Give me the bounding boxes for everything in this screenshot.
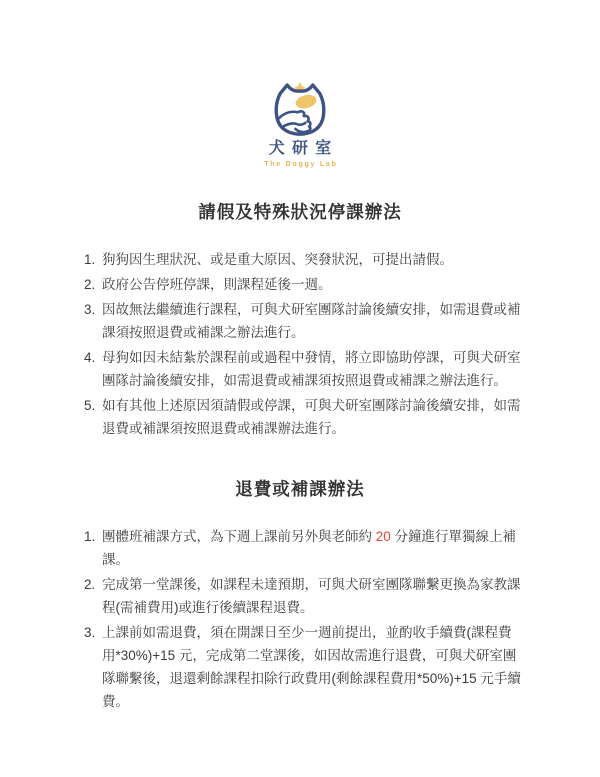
item-number: 2. xyxy=(84,573,99,619)
item-text: 母狗如因未結紮於課程前或過程中發情，將立即協助停課，可與犬研室團隊討論後續安排，… xyxy=(102,346,522,392)
logo: 犬研室 The Doggy Lab xyxy=(0,0,600,169)
item-text: 團體班補課方式，為下週上課前另外與老師約 20 分鐘進行單獨線上補課。 xyxy=(102,525,522,571)
list-item: 3. 上課前如需退費，須在開課日至少一週前提出，並酌收手續費(課程費用*30%)… xyxy=(84,621,522,713)
list-item: 2. 政府公告停班停課，則課程延後一週。 xyxy=(84,273,522,296)
list-item: 1. 團體班補課方式，為下週上課前另外與老師約 20 分鐘進行單獨線上補課。 xyxy=(84,525,522,571)
list-item: 5. 如有其他上述原因須請假或停課，可與犬研室團隊討論後續安排，如需退費或補課須… xyxy=(84,394,522,440)
list-item: 3. 因故無法繼續進行課程，可與犬研室團隊討論後續安排，如需退費或補課須按照退費… xyxy=(84,298,522,344)
refund-policy-list: 1. 團體班補課方式，為下週上課前另外與老師約 20 分鐘進行單獨線上補課。 2… xyxy=(84,525,522,713)
item-text: 上課前如需退費，須在開課日至少一週前提出，並酌收手續費(課程費用*30%)+15… xyxy=(102,621,522,713)
item-number: 2. xyxy=(84,273,99,296)
highlighted-minutes-value: 20 xyxy=(376,529,391,544)
leave-policy-title: 請假及特殊狀況停課辦法 xyxy=(0,199,600,224)
item-number: 3. xyxy=(84,621,99,713)
item-text: 狗狗因生理狀況、或是重大原因、突發狀況，可提出請假。 xyxy=(102,248,522,271)
item-text: 完成第一堂課後，如課程未達預期，可與犬研室團隊聯繫更換為家教課程(需補費用)或進… xyxy=(102,573,522,619)
item-text: 因故無法繼續進行課程，可與犬研室團隊討論後續安排，如需退費或補課須按照退費或補課… xyxy=(102,298,522,344)
list-item: 1. 狗狗因生理狀況、或是重大原因、突發狀況，可提出請假。 xyxy=(84,248,522,271)
item-number: 4. xyxy=(84,346,99,392)
item-number: 1. xyxy=(84,248,99,271)
brand-subtitle: The Doggy Lab xyxy=(0,160,600,169)
brand-name: 犬研室 xyxy=(0,140,600,158)
item-text: 政府公告停班停課，則課程延後一週。 xyxy=(102,273,522,296)
item-number: 5. xyxy=(84,394,99,440)
leave-policy-list: 1. 狗狗因生理狀況、或是重大原因、突發狀況，可提出請假。 2. 政府公告停班停… xyxy=(84,248,522,440)
list-item: 4. 母狗如因未結紮於課程前或過程中發情，將立即協助停課，可與犬研室團隊討論後續… xyxy=(84,346,522,392)
item-number: 3. xyxy=(84,298,99,344)
refund-policy-title: 退費或補課辦法 xyxy=(0,476,600,501)
list-item: 2. 完成第一堂課後，如課程未達預期，可與犬研室團隊聯繫更換為家教課程(需補費用… xyxy=(84,573,522,619)
item-number: 1. xyxy=(84,525,99,571)
doggy-lab-logo-icon xyxy=(262,82,338,138)
document-page: 犬研室 The Doggy Lab 請假及特殊狀況停課辦法 1. 狗狗因生理狀況… xyxy=(0,0,600,777)
item-text-segment: 團體班補課方式，為下週上課前另外與老師約 xyxy=(102,529,376,544)
item-text: 如有其他上述原因須請假或停課，可與犬研室團隊討論後續安排，如需退費或補課須按照退… xyxy=(102,394,522,440)
